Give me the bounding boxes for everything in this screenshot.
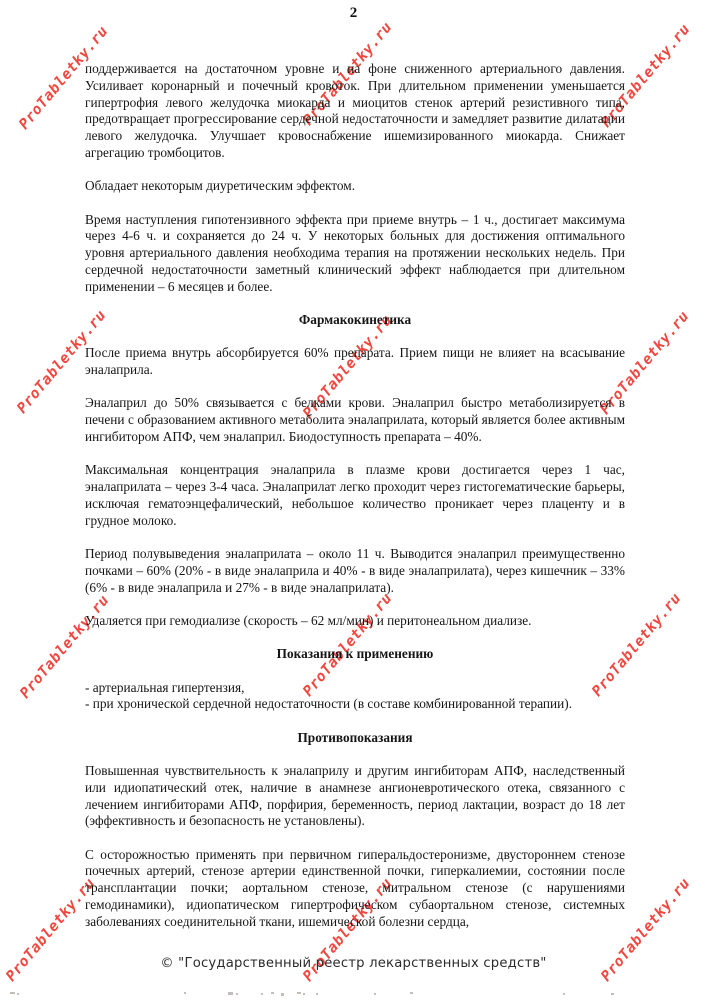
paragraph-max-concentration: Максимальная концентрация эналаприла в п…	[85, 462, 625, 529]
paragraph-use-with-caution: С осторожностью применять при первичном …	[85, 847, 625, 931]
paragraph-protein-binding: Эналаприл до 50% связывается с белками к…	[85, 395, 625, 445]
indications-list: - артериальная гипертензия, - при хронич…	[85, 680, 625, 714]
heading-contraindications: Противопоказания	[85, 730, 625, 747]
paragraph-pharmacodynamics-1: поддерживается на достаточном уровне и н…	[85, 61, 625, 162]
paragraph-contraindications: Повышенная чувствительность к эналаприлу…	[85, 763, 625, 830]
paragraph-diuretic-effect: Обладает некоторым диуретическим эффекто…	[85, 178, 625, 195]
paragraph-absorption: После приема внутрь абсорбируется 60% пр…	[85, 345, 625, 379]
indication-item-heart-failure: - при хронической сердечной недостаточно…	[85, 696, 625, 713]
document-page: ProTabletky.ru ProTabletky.ru ProTabletk…	[0, 0, 707, 1000]
indication-item-hypertension: - артериальная гипертензия,	[85, 680, 625, 697]
copyright-footer: © "Государственный реестр лекарственных …	[0, 956, 707, 971]
document-body: поддерживается на достаточном уровне и н…	[85, 61, 625, 931]
heading-indications: Показания к применению	[85, 646, 625, 663]
paragraph-hemodialysis: Удаляется при гемодиализе (скорость – 62…	[85, 613, 625, 630]
heading-pharmacokinetics: Фармакокинетика	[85, 312, 625, 329]
page-number: 2	[0, 5, 707, 22]
paragraph-onset-of-effect: Время наступления гипотензивного эффекта…	[85, 212, 625, 296]
paragraph-half-life: Период полувыведения эналаприлата – окол…	[85, 546, 625, 596]
